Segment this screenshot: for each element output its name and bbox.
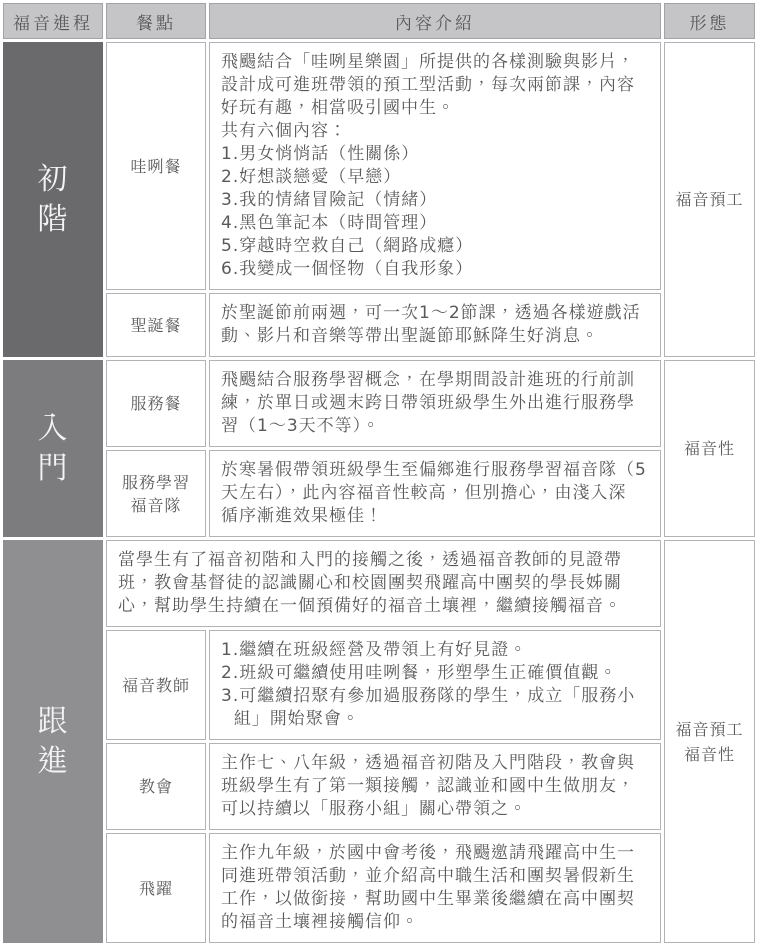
table-row-service-learning-team: 服務學習 福音隊 於寒暑假帶領班級學生至偏鄉進行服務學習福音隊（5 天左右），此… xyxy=(3,450,755,537)
header-form: 形態 xyxy=(664,3,755,39)
meal-cell-wale: 哇咧餐 xyxy=(106,42,206,290)
stage-cell-entry: 入 門 xyxy=(3,360,103,537)
meal-cell-service-learning-team: 服務學習 福音隊 xyxy=(106,450,206,537)
page: 福音進程 餐點 內容介紹 形態 初 階 哇咧餐 飛颺結合「哇咧星樂園」所提供的各… xyxy=(0,0,758,806)
content-cell-christmas: 於聖誕節前兩週，可一次1～2節課，透過各樣遊戲活 動、影片和音樂等帶出聖誕節耶穌… xyxy=(209,293,661,357)
table-row-church: 教會 主作七、八年級，透過福音初階及入門階段，教會與 班級學生有了第一類接觸，認… xyxy=(3,743,755,830)
stage-cell-beginner: 初 階 xyxy=(3,42,103,357)
content-cell-flying: 主作九年級，於國中會考後，飛颺邀請飛躍高中生一 同進班帶領活動，並介紹高中職生活… xyxy=(209,833,661,943)
header-meal: 餐點 xyxy=(106,3,206,39)
content-cell-service: 飛颺結合服務學習概念，在學期間設計進班的行前訓 練，於單日或週末跨日帶領班級學生… xyxy=(209,360,661,447)
meal-cell-service: 服務餐 xyxy=(106,360,206,447)
table-row-service-meal: 入 門 服務餐 飛颺結合服務學習概念，在學期間設計進班的行前訓 練，於單日或週末… xyxy=(3,360,755,447)
table-row-wale-meal: 初 階 哇咧餐 飛颺結合「哇咧星樂園」所提供的各樣測驗與影片， 設計成可進班帶領… xyxy=(3,42,755,290)
table-row-followup-intro: 跟 進 當學生有了福音初階和入門的接觸之後，透過福音教師的見證帶 班，教會基督徒… xyxy=(3,540,755,627)
content-cell-service-learning-team: 於寒暑假帶領班級學生至偏鄉進行服務學習福音隊（5 天左右），此內容福音性較高，但… xyxy=(209,450,661,537)
meal-cell-christmas: 聖誕餐 xyxy=(106,293,206,357)
content-cell-followup-intro: 當學生有了福音初階和入門的接觸之後，透過福音教師的見證帶 班，教會基督徒的認識關… xyxy=(106,540,661,627)
header-progress: 福音進程 xyxy=(3,3,103,39)
content-cell-church: 主作七、八年級，透過福音初階及入門階段，教會與 班級學生有了第一類接觸，認識並和… xyxy=(209,743,661,830)
header-content: 內容介紹 xyxy=(209,3,661,39)
table-row-christmas-meal: 聖誕餐 於聖誕節前兩週，可一次1～2節課，透過各樣遊戲活 動、影片和音樂等帶出聖… xyxy=(3,293,755,357)
content-cell-gospel-teacher: 1.繼續在班級經營及帶領上有好見證。 2.班級可繼續使用哇咧餐，形塑學生正確價值… xyxy=(209,630,661,740)
gospel-progress-table: 福音進程 餐點 內容介紹 形態 初 階 哇咧餐 飛颺結合「哇咧星樂園」所提供的各… xyxy=(0,0,758,946)
table-row-gospel-teacher: 福音教師 1.繼續在班級經營及帶領上有好見證。 2.班級可繼續使用哇咧餐，形塑學… xyxy=(3,630,755,740)
meal-cell-gospel-teacher: 福音教師 xyxy=(106,630,206,740)
form-cell-followup: 福音預工 福音性 xyxy=(664,540,755,943)
form-cell-entry: 福音性 xyxy=(664,360,755,537)
form-cell-beginner: 福音預工 xyxy=(664,42,755,357)
meal-cell-flying: 飛躍 xyxy=(106,833,206,943)
stage-cell-followup: 跟 進 xyxy=(3,540,103,943)
content-cell-wale: 飛颺結合「哇咧星樂園」所提供的各樣測驗與影片， 設計成可進班帶領的預工型活動，每… xyxy=(209,42,661,290)
table-row-flying: 飛躍 主作九年級，於國中會考後，飛颺邀請飛躍高中生一 同進班帶領活動，並介紹高中… xyxy=(3,833,755,943)
meal-cell-church: 教會 xyxy=(106,743,206,830)
header-row: 福音進程 餐點 內容介紹 形態 xyxy=(3,3,755,39)
